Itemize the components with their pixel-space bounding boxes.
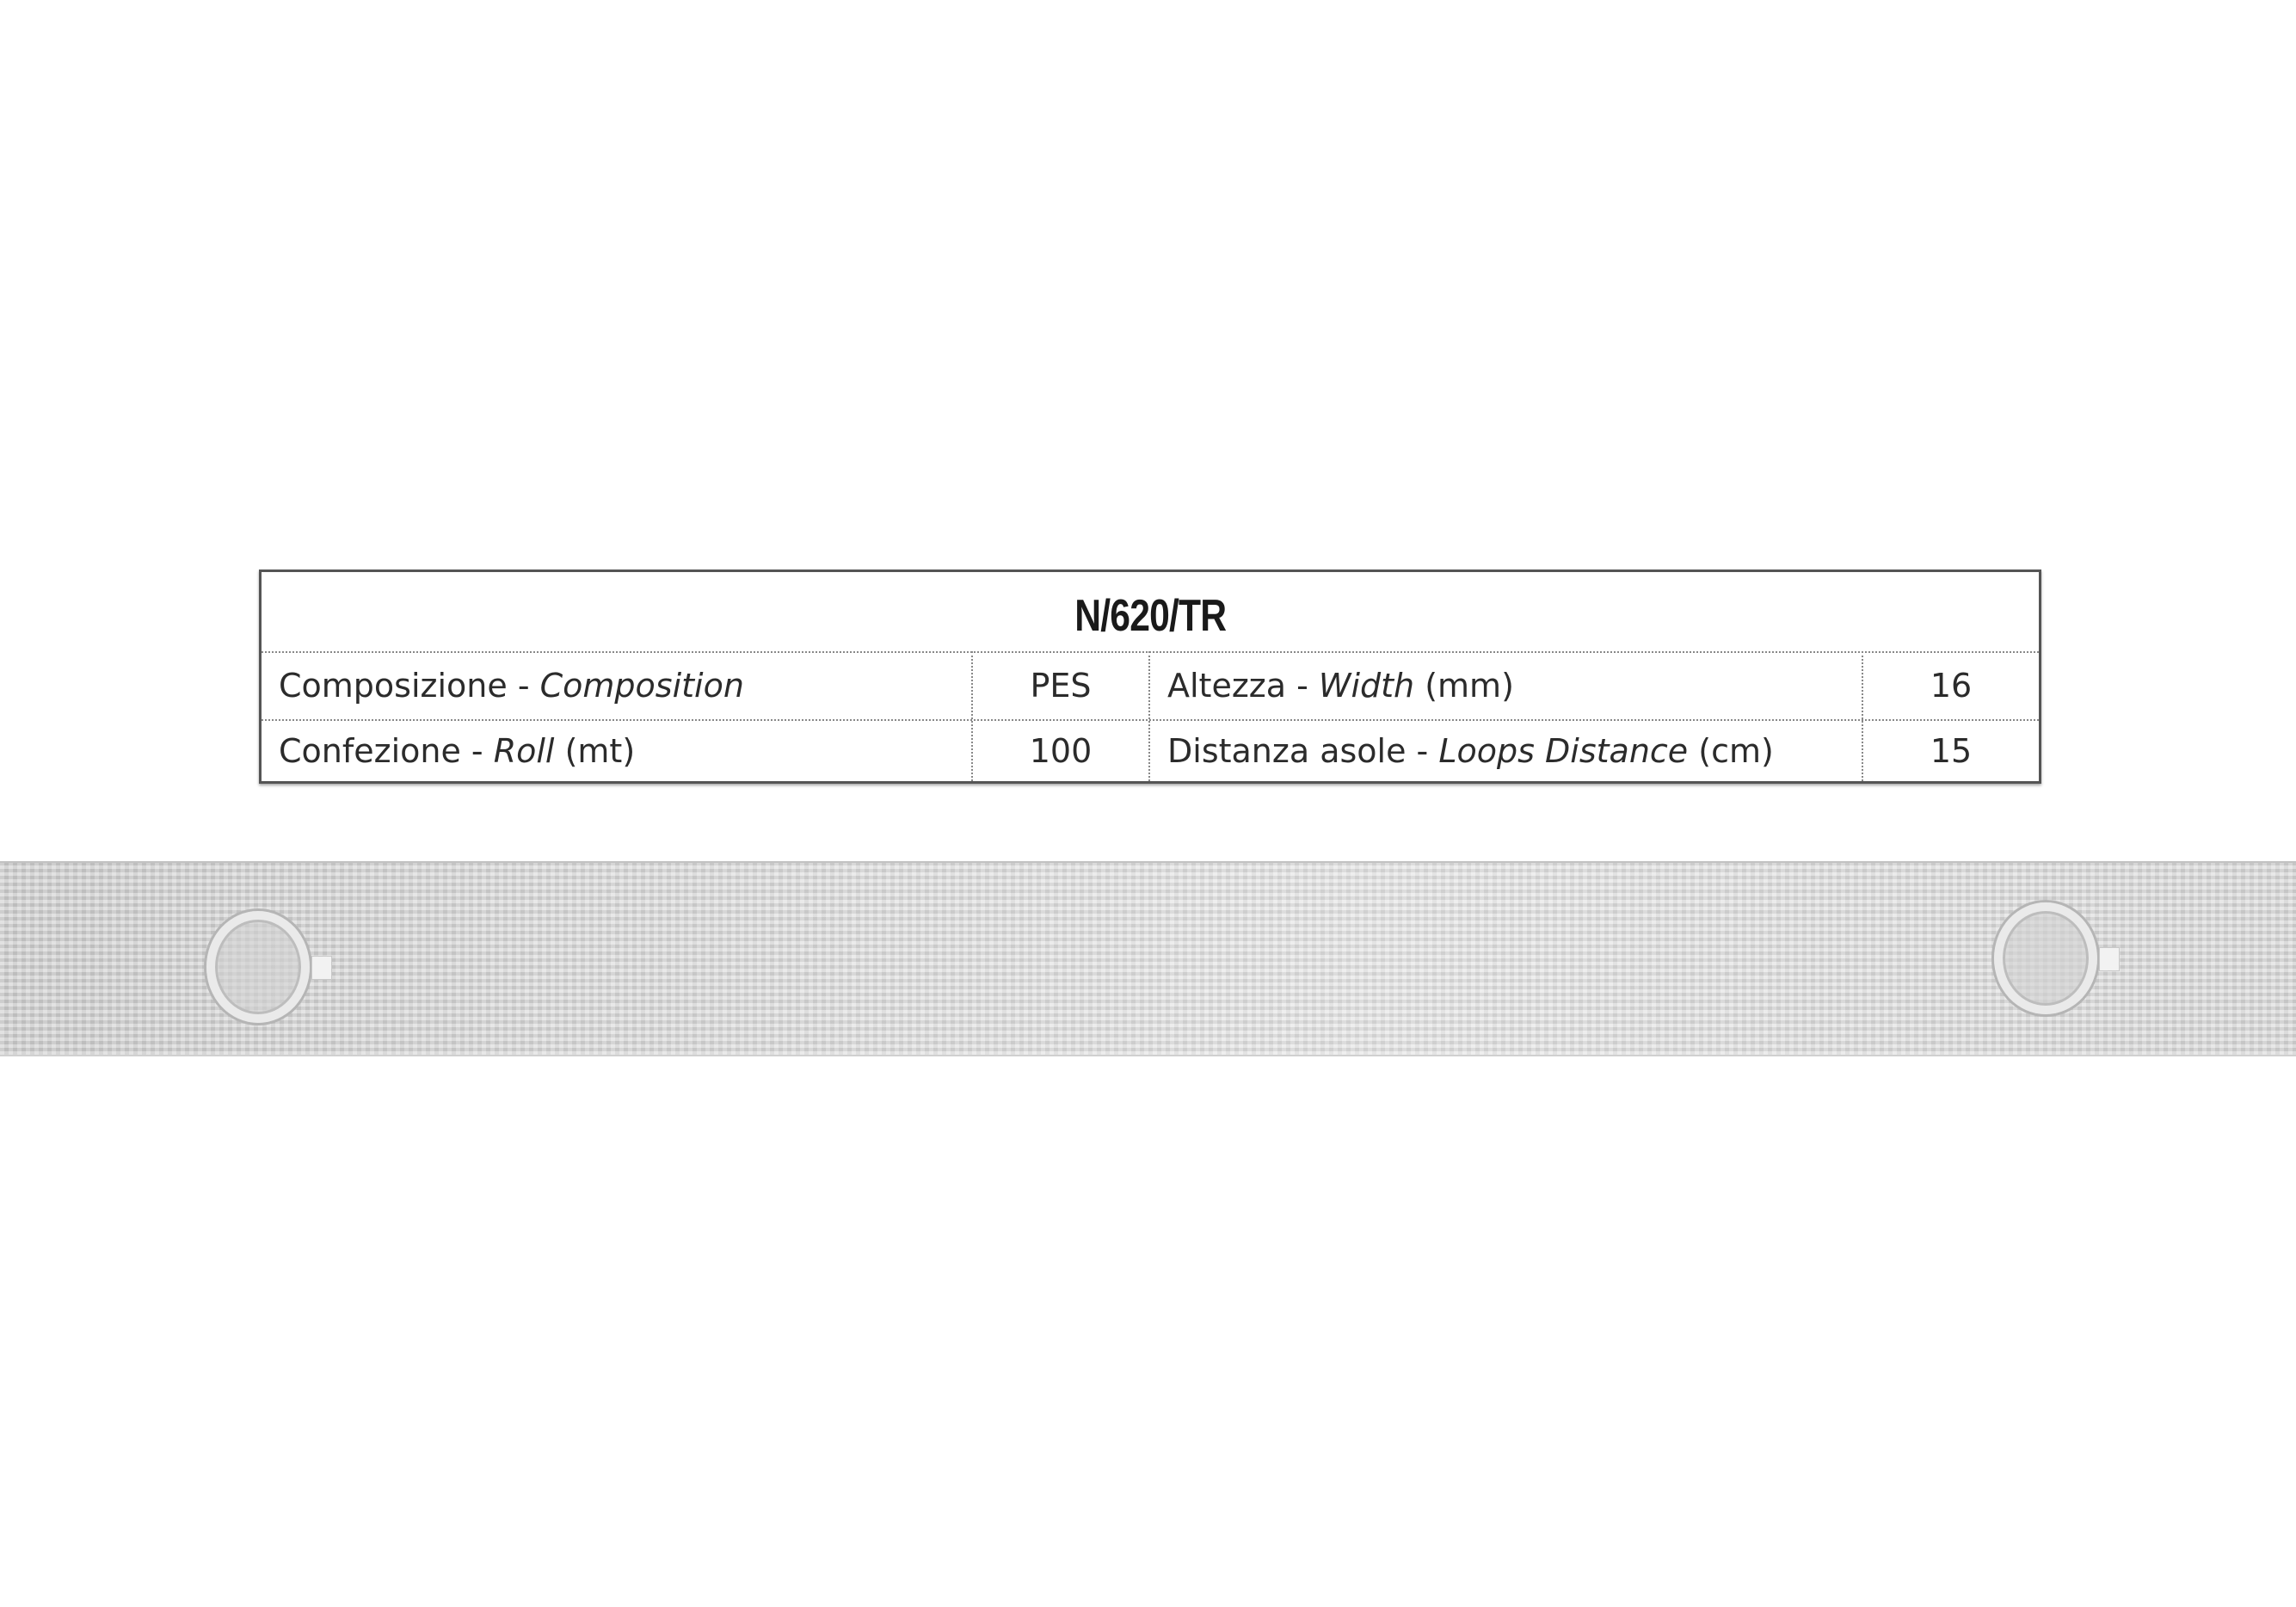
label-italian: Altezza (1167, 667, 1286, 705)
label-english: Roll (494, 732, 555, 770)
label-unit: (mm) (1414, 667, 1514, 705)
ring-clip-icon (311, 956, 332, 980)
label-separator: - (461, 732, 494, 770)
label-unit: (mt) (555, 732, 636, 770)
width-label: Altezza - Width (mm) (1150, 651, 1863, 719)
composition-value: PES (973, 651, 1150, 719)
title-row: N/620/TR (262, 572, 2039, 653)
loops-distance-label: Distanza asole - Loops Distance (cm) (1150, 721, 1863, 781)
label-italian: Composizione (279, 667, 508, 705)
spec-table: N/620/TR Composizione - Composition PES … (259, 570, 2041, 784)
label-english: Composition (540, 667, 744, 705)
table-row: Composizione - Composition PES Altezza -… (262, 651, 2039, 721)
label-english: Width (1319, 667, 1414, 705)
label-unit: (cm) (1688, 732, 1774, 770)
composition-label: Composizione - Composition (262, 651, 973, 719)
label-separator: - (1406, 732, 1438, 770)
product-code: N/620/TR (1074, 582, 1226, 642)
label-english: Loops Distance (1438, 732, 1688, 770)
table-row: Confezione - Roll (mt) 100 Distanza asol… (262, 721, 2039, 781)
roll-value: 100 (973, 721, 1150, 781)
ring-icon (206, 911, 310, 1023)
loops-distance-value: 15 (1863, 721, 2039, 781)
curtain-tape-image (0, 861, 2296, 1056)
ring-clip-icon (2099, 947, 2120, 971)
label-italian: Distanza asole (1167, 732, 1406, 770)
label-italian: Confezione (279, 732, 461, 770)
label-separator: - (1286, 667, 1319, 705)
label-separator: - (508, 667, 540, 705)
roll-label: Confezione - Roll (mt) (262, 721, 973, 781)
ring-icon (1994, 902, 2097, 1014)
width-value: 16 (1863, 651, 2039, 719)
